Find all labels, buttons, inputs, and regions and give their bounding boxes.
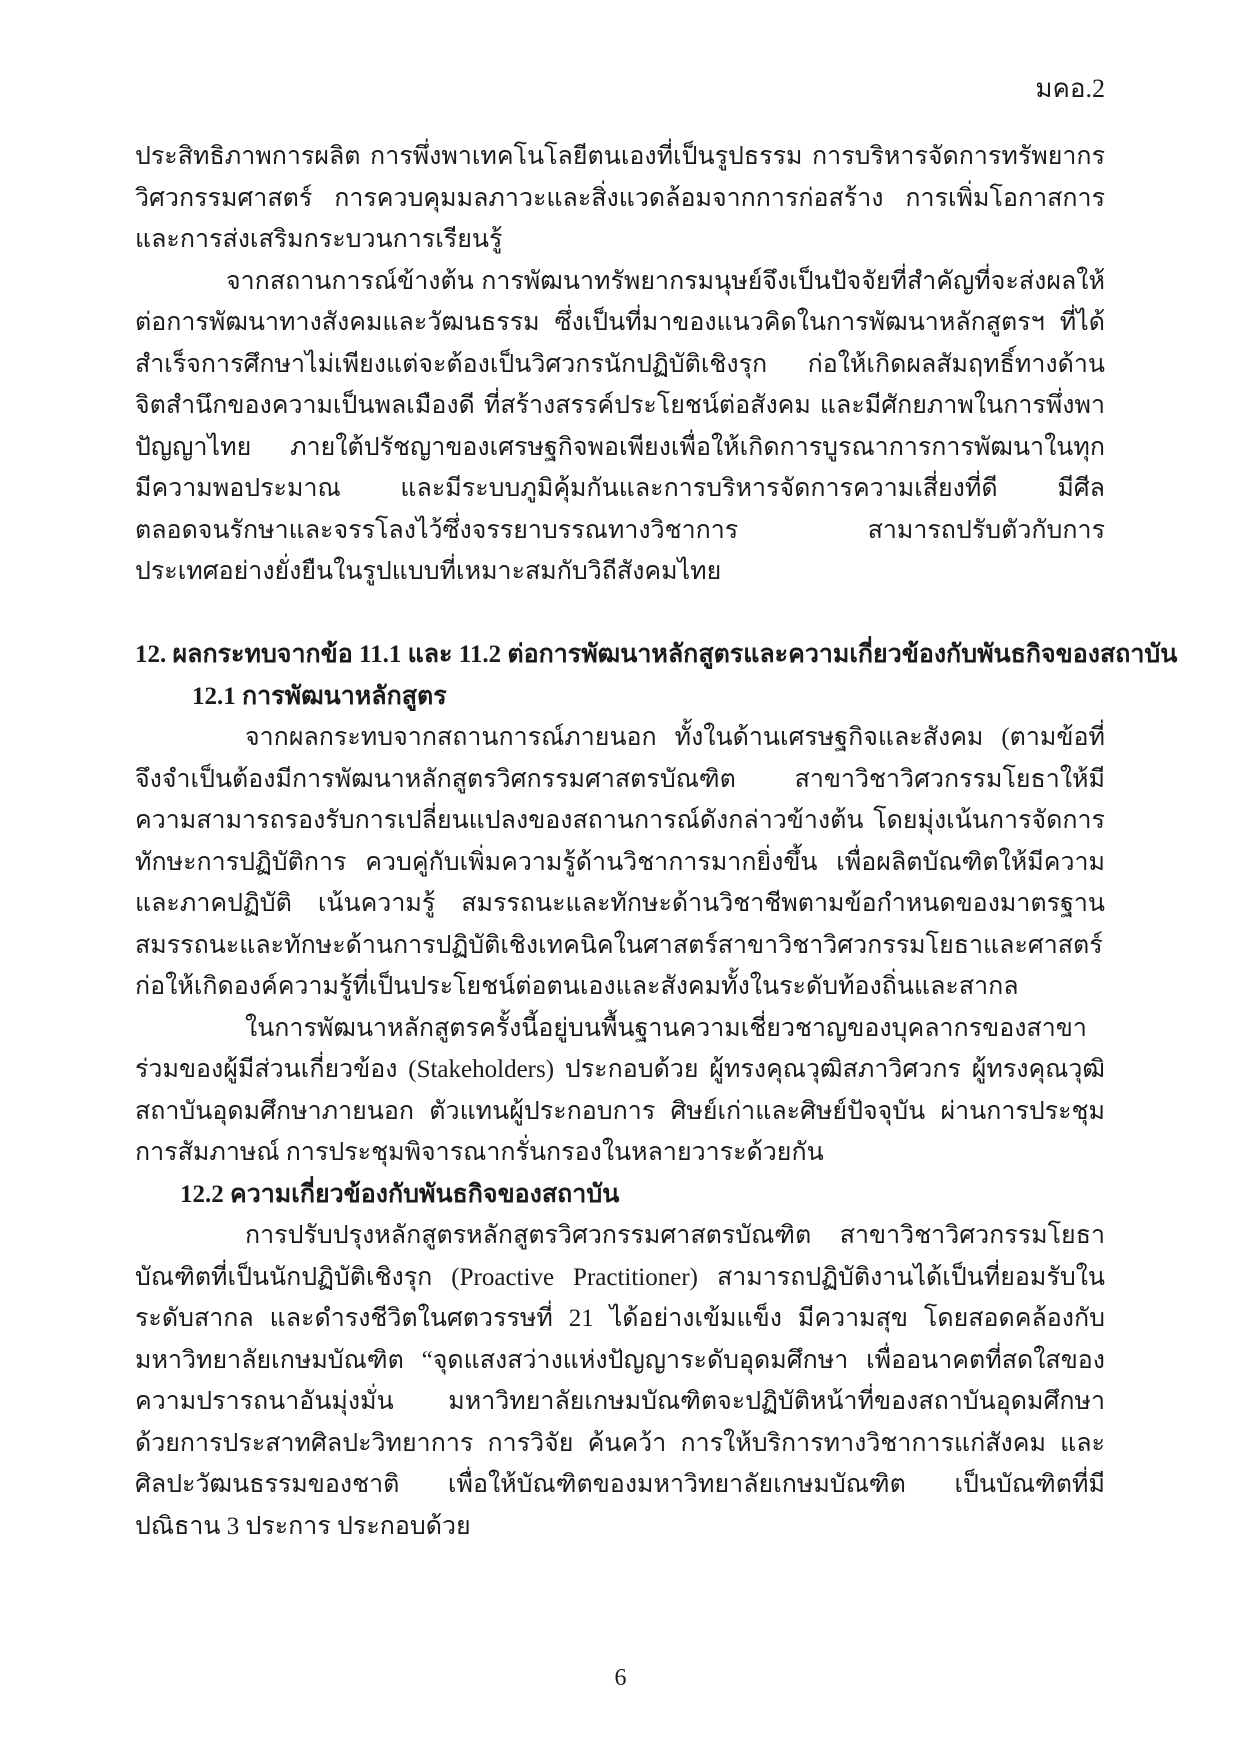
text-line: ระดับสากล และดำรงชีวิตในศตวรรษที่ 21 ได้… bbox=[135, 1298, 1105, 1340]
paragraph-human-resource-development: จากสถานการณ์ข้างต้น การพัฒนาทรัพยากรมนุษ… bbox=[135, 261, 1105, 593]
text-line: บัณฑิตที่เป็นนักปฏิบัติเชิงรุก (Proactiv… bbox=[135, 1257, 1105, 1299]
text-line: มีความพอประมาณ และมีระบบภูมิคุ้มกันและกา… bbox=[135, 468, 1105, 510]
text-line: ปณิธาน 3 ประการ ประกอบด้วย bbox=[135, 1506, 1105, 1548]
text-line: ในการพัฒนาหลักสูตรครั้งนี้อยู่บนพื้นฐานค… bbox=[135, 1008, 1105, 1050]
text-line: และภาคปฏิบัติ เน้นความรู้ สมรรถนะและทักษ… bbox=[135, 883, 1105, 925]
page-number: 6 bbox=[0, 1662, 1241, 1694]
text-line: สถาบันอุดมศึกษาภายนอก ตัวแทนผู้ประกอบการ… bbox=[135, 1091, 1105, 1133]
text-line: ต่อการพัฒนาทางสังคมและวัฒนธรรม ซึ่งเป็นท… bbox=[135, 302, 1105, 344]
paragraph-continuation: ประสิทธิภาพการผลิต การพึ่งพาเทคโนโลยีตนเ… bbox=[135, 136, 1105, 261]
text-line: วิศวกรรมศาสตร์ การควบคุมมลภาวะและสิ่งแวด… bbox=[135, 178, 1105, 220]
text-line: จิตสำนึกของความเป็นพลเมืองดี ที่สร้างสรร… bbox=[135, 385, 1105, 427]
text-line: ด้วยการประสาทศิลปะวิทยาการ การวิจัย ค้นค… bbox=[135, 1423, 1105, 1465]
text-line: จากสถานการณ์ข้างต้น การพัฒนาทรัพยากรมนุษ… bbox=[135, 261, 1105, 303]
section-heading-12: 12. ผลกระทบจากข้อ 11.1 และ 11.2 ต่อการพั… bbox=[135, 634, 1105, 676]
text-line: สำเร็จการศึกษาไม่เพียงแต่จะต้องเป็นวิศวก… bbox=[135, 344, 1105, 386]
document-body: ประสิทธิภาพการผลิต การพึ่งพาเทคโนโลยีตนเ… bbox=[135, 136, 1105, 1547]
text-line: การสัมภาษณ์ การประชุมพิจารณากรั่นกรองในห… bbox=[135, 1132, 1105, 1174]
document-page: { "page": { "doc_code": "มคอ.2", "page_n… bbox=[0, 0, 1241, 1755]
text-line: ศิลปะวัฒนธรรมของชาติ เพื่อให้บัณฑิตของมห… bbox=[135, 1464, 1105, 1506]
text-line: ประสิทธิภาพการผลิต การพึ่งพาเทคโนโลยีตนเ… bbox=[135, 136, 1105, 178]
text-line: ตลอดจนรักษาและจรรโลงไว้ซึ่งจรรยาบรรณทางว… bbox=[135, 510, 1105, 552]
paragraph-stakeholders: ในการพัฒนาหลักสูตรครั้งนี้อยู่บนพื้นฐานค… bbox=[135, 1008, 1105, 1174]
text-line: การปรับปรุงหลักสูตรหลักสูตรวิศวกรรมศาสตร… bbox=[135, 1215, 1105, 1257]
text-line: ประเทศอย่างยั่งยืนในรูปแบบที่เหมาะสมกับว… bbox=[135, 551, 1105, 593]
text-line: ปัญญาไทย ภายใต้ปรัชญาของเศรษฐกิจพอเพียงเ… bbox=[135, 427, 1105, 469]
text-line: มหาวิทยาลัยเกษมบัณฑิต “จุดแสงสว่างแห่งปั… bbox=[135, 1340, 1105, 1382]
text-line: ร่วมของผู้มีส่วนเกี่ยวข้อง (Stakeholders… bbox=[135, 1049, 1105, 1091]
text-line: ทักษะการปฏิบัติการ ควบคู่กับเพิ่มความรู้… bbox=[135, 842, 1105, 884]
text-line: ก่อให้เกิดองค์ความรู้ที่เป็นประโยชน์ต่อต… bbox=[135, 966, 1105, 1008]
text-line: ความสามารถรองรับการเปลี่ยนแปลงของสถานการ… bbox=[135, 800, 1105, 842]
doc-code-header: มคอ.2 bbox=[135, 72, 1105, 106]
text-line: สมรรถนะและทักษะด้านการปฏิบัติเชิงเทคนิคใ… bbox=[135, 925, 1105, 967]
text-line: จึงจำเป็นต้องมีการพัฒนาหลักสูตรวิศกรรมศา… bbox=[135, 759, 1105, 801]
section-heading-12-1: 12.1 การพัฒนาหลักสูตร bbox=[135, 676, 1105, 718]
text-line: จากผลกระทบจากสถานการณ์ภายนอก ทั้งในด้านเ… bbox=[135, 717, 1105, 759]
text-line: ความปรารถนาอันมุ่งมั่น มหาวิทยาลัยเกษมบั… bbox=[135, 1381, 1105, 1423]
section-heading-12-2: 12.2 ความเกี่ยวข้องกับพันธกิจของสถาบัน bbox=[135, 1174, 1105, 1216]
text-line: และการส่งเสริมกระบวนการเรียนรู้ bbox=[135, 219, 1105, 261]
paragraph-institution-mission: การปรับปรุงหลักสูตรหลักสูตรวิศวกรรมศาสตร… bbox=[135, 1215, 1105, 1547]
paragraph-curriculum-development: จากผลกระทบจากสถานการณ์ภายนอก ทั้งในด้านเ… bbox=[135, 717, 1105, 1008]
